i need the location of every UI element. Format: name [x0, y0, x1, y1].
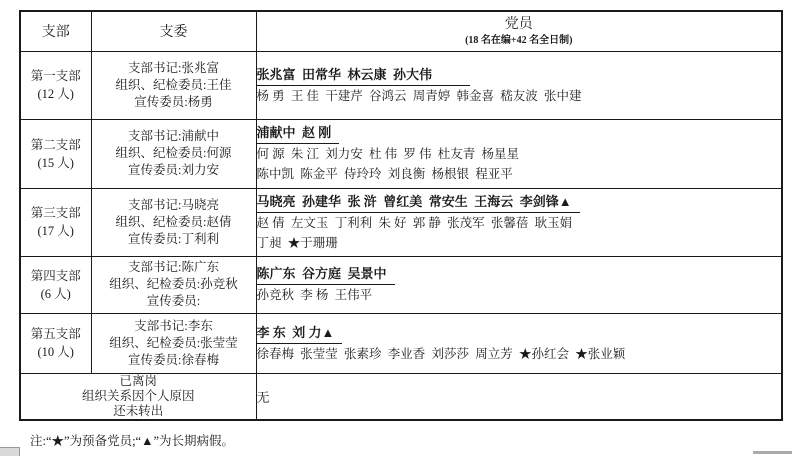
branch-cell: 第四支部 (6 人) — [20, 256, 91, 313]
table-row: 第三支部 (17 人) 支部书记:马晓亮 组织、纪检委员:赵倩 宣传委员:丁利利… — [20, 188, 782, 256]
members-cell: 李 东 刘 力▲ 徐春梅 张莹莹 张素珍 李业香 刘莎莎 周立芳 ★孙红会 ★张… — [256, 313, 782, 373]
committee-publicity: 宣传委员: — [92, 293, 256, 310]
committee-cell: 支部书记:马晓亮 组织、纪检委员:赵倩 宣传委员:丁利利 — [91, 188, 256, 256]
branch-cell: 第一支部 (12 人) — [20, 51, 91, 119]
departed-label-cell: 已离岗 组织关系因个人原因 还未转出 — [20, 373, 256, 420]
header-members-title: 党员 — [257, 16, 782, 34]
committee-discipline: 组织、纪检委员:王佳 — [92, 77, 256, 94]
committee-publicity: 宣传委员:徐春梅 — [92, 352, 256, 369]
committee-secretary: 支部书记:浦献中 — [92, 128, 256, 145]
table-row: 第五支部 (10 人) 支部书记:李东 组织、纪检委员:张莹莹 宣传委员:徐春梅… — [20, 313, 782, 373]
committee-discipline: 组织、纪检委员:张莹莹 — [92, 335, 256, 352]
page-edge-artifact-right — [753, 451, 792, 454]
branch-count: (10 人) — [21, 343, 91, 361]
members-line: 杨 勇 王 佳 干建芹 谷鸿云 周青婷 韩金喜 嵇友波 张中建 — [257, 86, 782, 106]
committee-cell: 支部书记:浦献中 组织、纪检委员:何源 宣传委员:刘力安 — [91, 119, 256, 188]
members-cell: 马晓亮 孙建华 张 浒 曾红美 常安生 王海云 李剑锋▲ 赵 倩 左文玉 丁利利… — [256, 188, 782, 256]
party-branch-table: 支部 支委 党员 (18 名在编+42 名全日制) 第一支部 (12 人) 支部… — [19, 10, 783, 421]
header-members: 党员 (18 名在编+42 名全日制) — [256, 11, 782, 51]
committee-publicity: 宣传委员:刘力安 — [92, 162, 256, 179]
branch-name: 第五支部 — [21, 325, 91, 343]
committee-cell: 支部书记:张兆富 组织、纪检委员:王佳 宣传委员:杨勇 — [91, 51, 256, 119]
members-line: 丁昶 ★于珊珊 — [257, 233, 782, 253]
committee-discipline: 组织、纪检委员:孙竞秋 — [92, 276, 256, 293]
members-line: 何 源 朱 江 刘力安 杜 伟 罗 伟 杜友青 杨星星 — [257, 144, 782, 164]
members-cell: 张兆富 田常华 林云康 孙大伟 杨 勇 王 佳 干建芹 谷鸿云 周青婷 韩金喜 … — [256, 51, 782, 119]
departed-line: 还未转出 — [21, 404, 256, 419]
table-row: 第一支部 (12 人) 支部书记:张兆富 组织、纪检委员:王佳 宣传委员:杨勇 … — [20, 51, 782, 119]
members-cell: 浦献中 赵 刚 何 源 朱 江 刘力安 杜 伟 罗 伟 杜友青 杨星星 陈中凯 … — [256, 119, 782, 188]
members-line: 赵 倩 左文玉 丁利利 朱 好 郭 静 张茂军 张馨蓓 耿玉娟 — [257, 213, 782, 233]
committee-secretary: 支部书记:陈广东 — [92, 259, 256, 276]
departed-value-cell: 无 — [256, 373, 782, 420]
footnote: 注:“★”为预备党员;“▲”为长期病假。 — [30, 431, 234, 449]
members-bold-line: 马晓亮 孙建华 张 浒 曾红美 常安生 王海云 李剑锋▲ — [257, 192, 782, 213]
branch-name: 第四支部 — [21, 267, 91, 285]
committee-secretary: 支部书记:马晓亮 — [92, 197, 256, 214]
branch-cell: 第二支部 (15 人) — [20, 119, 91, 188]
members-line: 孙竞秋 李 杨 王伟平 — [257, 285, 782, 305]
branch-name: 第一支部 — [21, 67, 91, 85]
members-bold-line: 浦献中 赵 刚 — [257, 123, 782, 144]
committee-discipline: 组织、纪检委员:何源 — [92, 145, 256, 162]
members-bold-line: 张兆富 田常华 林云康 孙大伟 — [257, 65, 782, 86]
branch-cell: 第五支部 (10 人) — [20, 313, 91, 373]
header-members-subtitle: (18 名在编+42 名全日制) — [257, 34, 782, 47]
branch-name: 第二支部 — [21, 136, 91, 154]
branch-count: (17 人) — [21, 222, 91, 240]
committee-secretary: 支部书记:李东 — [92, 318, 256, 335]
members-line: 徐春梅 张莹莹 张素珍 李业香 刘莎莎 周立芳 ★孙红会 ★张业颖 — [257, 344, 782, 364]
branch-count: (15 人) — [21, 154, 91, 172]
branch-count: (6 人) — [21, 285, 91, 303]
committee-cell: 支部书记:李东 组织、纪检委员:张莹莹 宣传委员:徐春梅 — [91, 313, 256, 373]
committee-cell: 支部书记:陈广东 组织、纪检委员:孙竞秋 宣传委员: — [91, 256, 256, 313]
committee-publicity: 宣传委员:杨勇 — [92, 94, 256, 111]
branch-name: 第三支部 — [21, 204, 91, 222]
members-cell: 陈广东 谷方庭 吴景中 孙竞秋 李 杨 王伟平 — [256, 256, 782, 313]
departed-line: 组织关系因个人原因 — [21, 389, 256, 404]
members-bold-line: 陈广东 谷方庭 吴景中 — [257, 264, 782, 285]
members-line: 陈中凯 陈金平 侍玲玲 刘良衡 杨根银 程亚平 — [257, 164, 782, 184]
committee-discipline: 组织、纪检委员:赵倩 — [92, 214, 256, 231]
departed-line: 已离岗 — [21, 374, 256, 389]
branch-cell: 第三支部 (17 人) — [20, 188, 91, 256]
table-row: 第四支部 (6 人) 支部书记:陈广东 组织、纪检委员:孙竞秋 宣传委员: 陈广… — [20, 256, 782, 313]
committee-secretary: 支部书记:张兆富 — [92, 60, 256, 77]
header-branch: 支部 — [20, 11, 91, 51]
table-row-departed: 已离岗 组织关系因个人原因 还未转出 无 — [20, 373, 782, 420]
page-edge-artifact-left — [0, 447, 20, 456]
header-row: 支部 支委 党员 (18 名在编+42 名全日制) — [20, 11, 782, 51]
committee-publicity: 宣传委员:丁利利 — [92, 231, 256, 248]
members-bold-line: 李 东 刘 力▲ — [257, 323, 782, 344]
branch-count: (12 人) — [21, 85, 91, 103]
header-committee: 支委 — [91, 11, 256, 51]
table-row: 第二支部 (15 人) 支部书记:浦献中 组织、纪检委员:何源 宣传委员:刘力安… — [20, 119, 782, 188]
